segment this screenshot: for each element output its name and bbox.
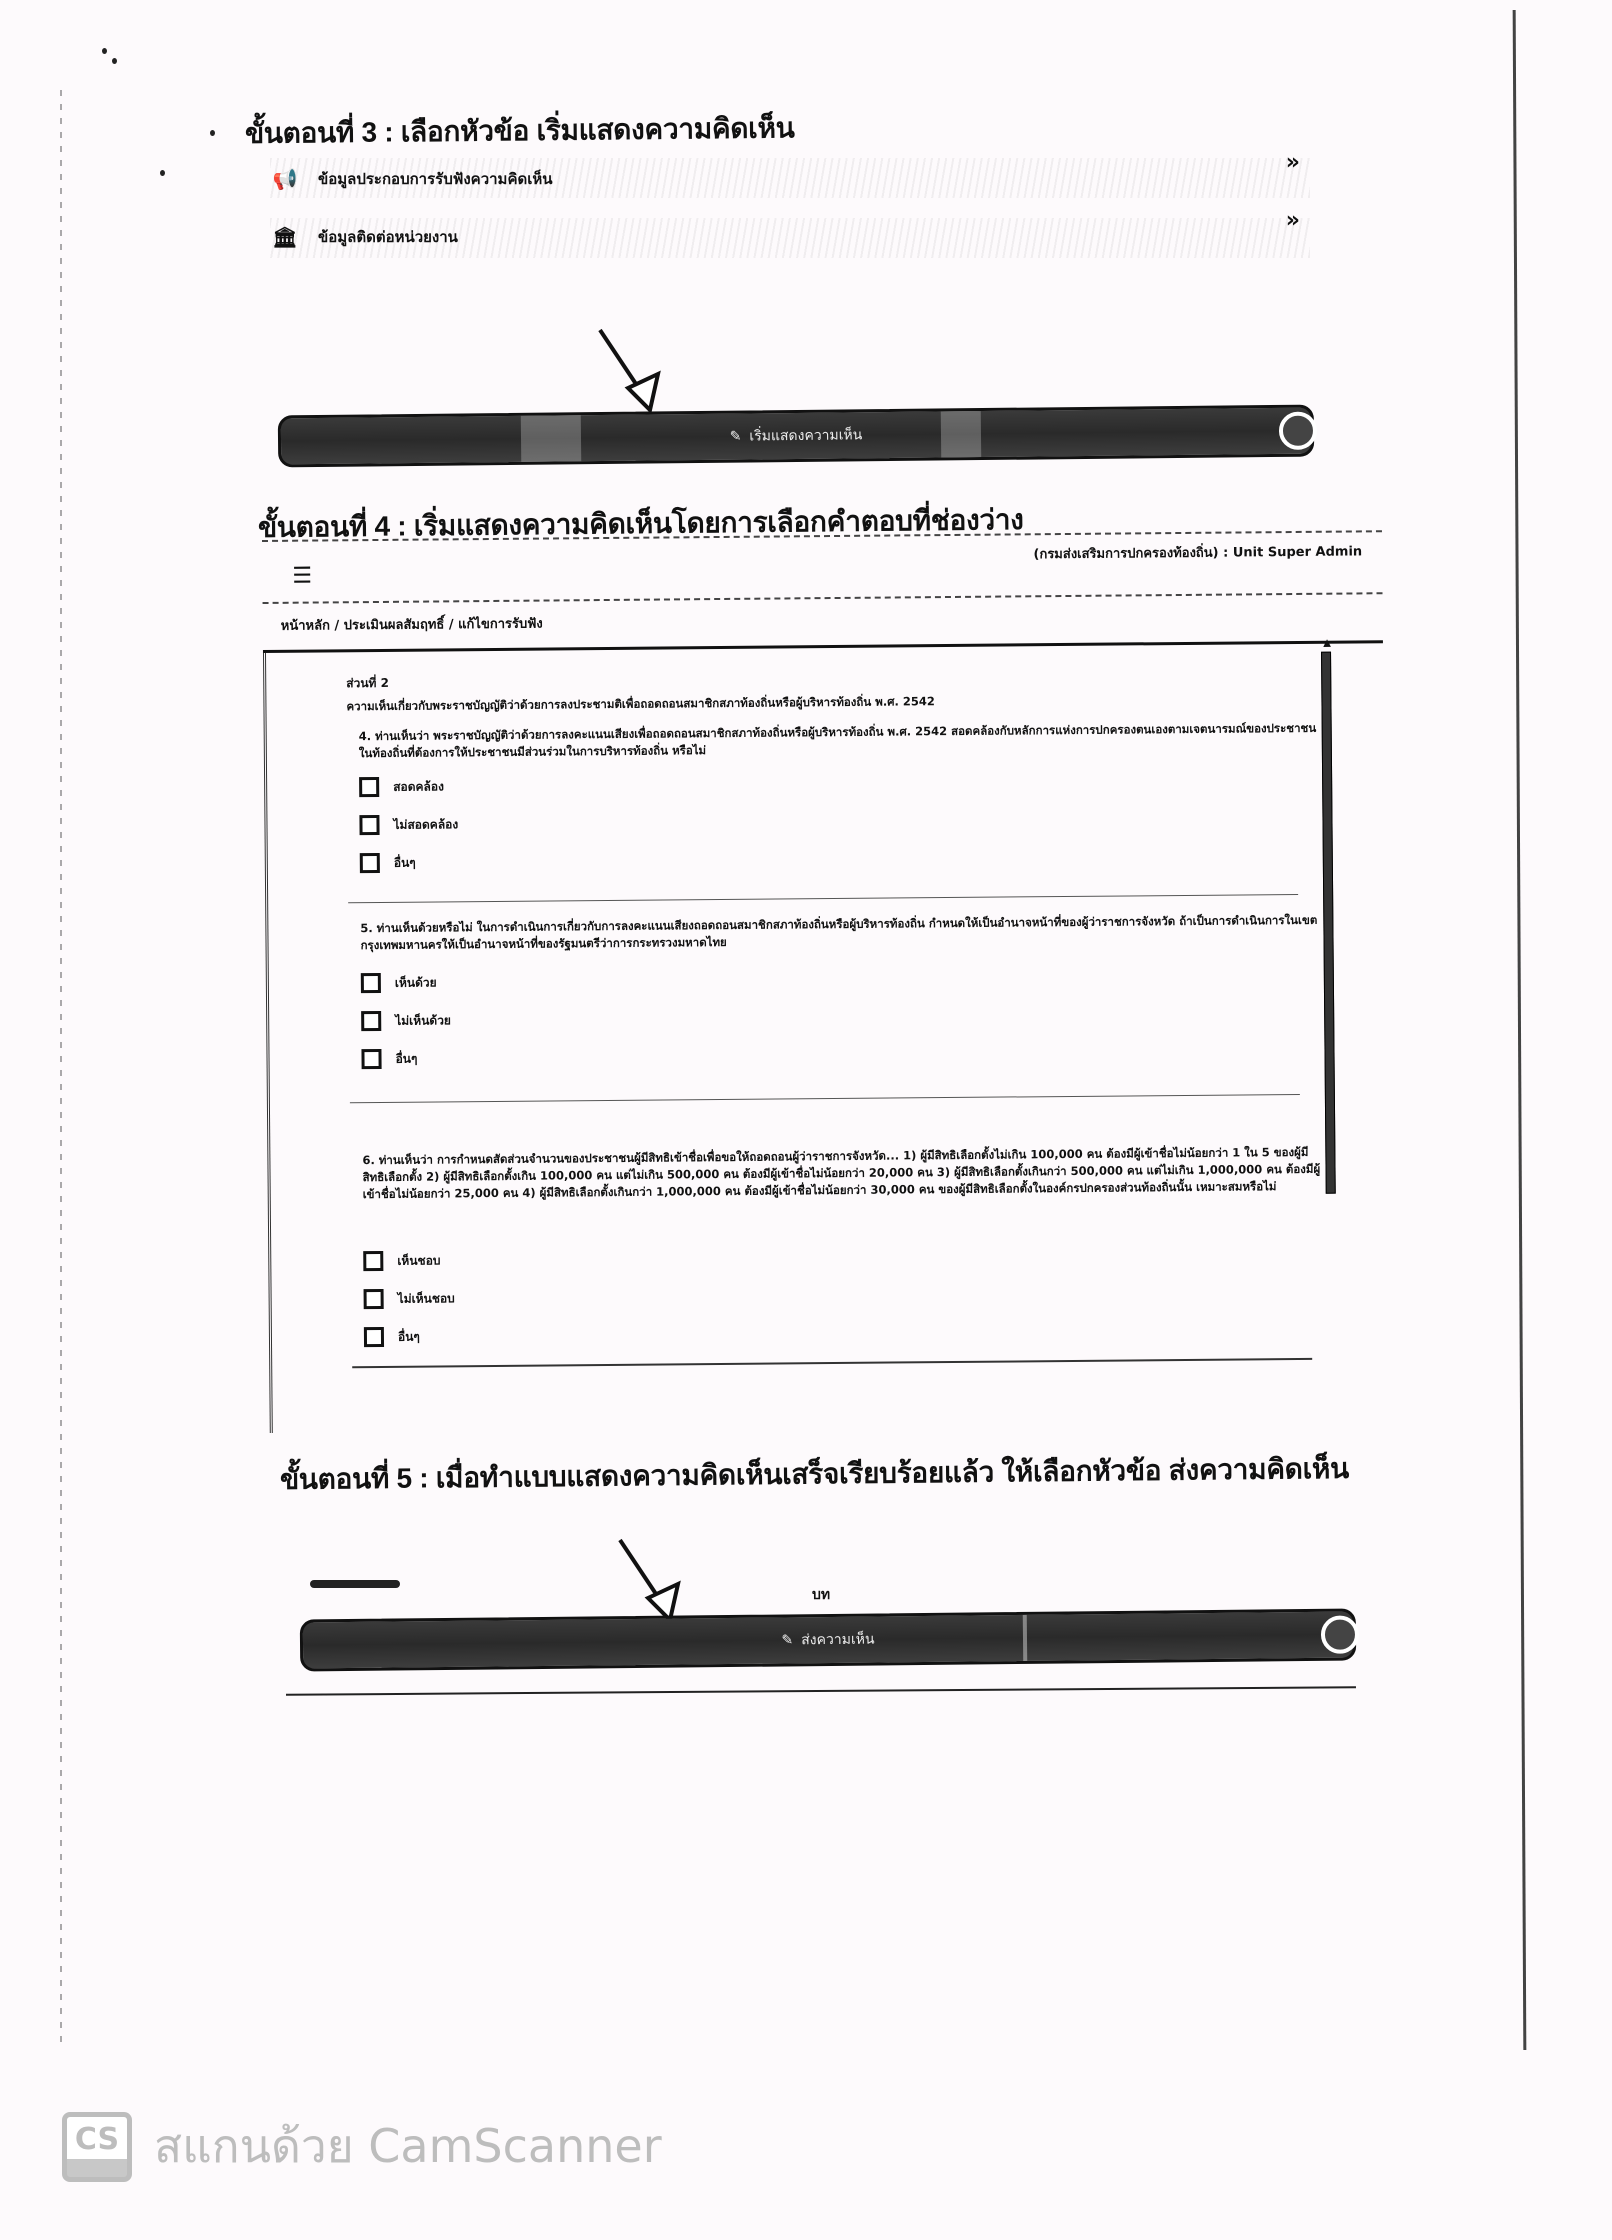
camscanner-logo-icon: CS (62, 2112, 132, 2182)
topic-list: 📢 ข้อมูลประกอบการรับฟังความคิดเห็น » 🏛 ข… (270, 150, 1300, 266)
breadcrumb-separator: / (444, 617, 458, 632)
section-label: ส่วนที่ 2 (346, 674, 389, 693)
chevron-right-icon[interactable]: » (1286, 150, 1300, 175)
scan-speck (160, 170, 165, 176)
question-4: 4. ท่านเห็นว่า พระราชบัญญัติว่าด้วยการลง… (359, 720, 1319, 762)
step3-title: ขั้นตอนที่ 3 : เลือกหัวข้อ เริ่มแสดงความ… (245, 106, 795, 156)
logo-text: CS (75, 2122, 119, 2157)
breadcrumb-current: แก้ไขการรับฟัง (458, 617, 543, 633)
scan-speck (210, 130, 215, 136)
edit-icon: ✎ (730, 429, 742, 445)
checkbox-icon[interactable] (360, 853, 380, 873)
question-5-options: เห็นด้วย ไม่เห็นด้วย อื่นๆ (361, 963, 452, 1078)
option-label: ไม่เห็นด้วย (395, 1011, 451, 1030)
option-label: เห็นด้วย (395, 973, 437, 992)
breadcrumb-home[interactable]: หน้าหลัก (281, 618, 330, 633)
breadcrumb-separator: / (330, 618, 344, 633)
option-checkbox[interactable]: สอดคล้อง (359, 767, 458, 806)
menu-icon[interactable]: ☰ (292, 564, 312, 589)
megaphone-icon: 📢 (270, 167, 300, 191)
scroll-top-icon[interactable] (1321, 1615, 1359, 1653)
scroll-up-icon[interactable]: ▲ (1323, 638, 1331, 649)
checkbox-icon[interactable] (361, 1011, 381, 1031)
form-body: ▲ ส่วนที่ 2 ความเห็นเกี่ยวกับพระราชบัญญั… (263, 643, 1390, 1433)
option-label: อื่นๆ (395, 1049, 417, 1068)
breadcrumb-evaluation[interactable]: ประเมินผลสัมฤทธิ์ (344, 617, 445, 633)
scan-mark (310, 1580, 400, 1588)
chevron-right-icon[interactable]: » (1286, 208, 1300, 233)
checkbox-icon[interactable] (359, 777, 379, 797)
option-checkbox[interactable]: ไม่เห็นชอบ (363, 1279, 454, 1318)
scroll-top-icon[interactable] (1279, 412, 1317, 450)
topic-label: ข้อมูลติดต่อหน่วยงาน (318, 225, 458, 249)
divider (352, 1358, 1312, 1368)
divider (286, 1686, 1356, 1695)
edit-icon: ✎ (781, 1632, 793, 1648)
scan-streak (521, 415, 581, 462)
scan-speck (102, 48, 107, 54)
checkbox-icon[interactable] (359, 815, 379, 835)
step5-title: ขั้นตอนที่ 5 : เมื่อทำแบบแสดงความคิดเห็น… (280, 1447, 1349, 1502)
option-checkbox[interactable]: ไม่สอดคล้อง (359, 805, 458, 844)
small-label: บท (812, 1584, 830, 1606)
option-label: สอดคล้อง (393, 777, 444, 796)
checkbox-icon[interactable] (361, 973, 381, 993)
option-label: ไม่สอดคล้อง (393, 815, 458, 835)
option-checkbox[interactable]: ไม่เห็นด้วย (361, 1001, 451, 1040)
scan-speck (112, 58, 117, 64)
option-checkbox[interactable]: เห็นด้วย (361, 963, 451, 1002)
app-screenshot: ☰ (กรมส่งเสริมการปกครองท้องถิ่น) : Unit … (262, 530, 1390, 1440)
question-6-options: เห็นชอบ ไม่เห็นชอบ อื่นๆ (363, 1241, 455, 1356)
paper-edge-right (1513, 10, 1527, 2050)
section-description: ความเห็นเกี่ยวกับพระราชบัญญัติว่าด้วยการ… (346, 690, 1306, 716)
scan-streak (1023, 1615, 1027, 1661)
option-label: ไม่เห็นชอบ (398, 1289, 455, 1308)
start-comment-button[interactable]: ✎ เริ่มแสดงความเห็น (278, 405, 1314, 468)
option-checkbox[interactable]: อื่นๆ (364, 1317, 455, 1356)
scrollbar[interactable] (1321, 652, 1336, 1194)
topic-item-info[interactable]: 📢 ข้อมูลประกอบการรับฟังความคิดเห็น » (270, 150, 1300, 208)
submit-comment-label: ส่งความเห็น (801, 1629, 875, 1652)
submit-comment-button[interactable]: ✎ ส่งความเห็น (300, 1608, 1356, 1671)
topic-item-contact[interactable]: 🏛 ข้อมูลติดต่อหน่วยงาน » (270, 208, 1300, 266)
option-checkbox[interactable]: อื่นๆ (361, 1039, 451, 1078)
start-comment-label: เริ่มแสดงความเห็น (749, 424, 862, 447)
user-label: (กรมส่งเสริมการปกครองท้องถิ่น) : Unit Su… (1033, 540, 1362, 564)
option-checkbox[interactable]: อื่นๆ (360, 843, 459, 882)
checkbox-icon[interactable] (364, 1327, 384, 1347)
question-6: 6. ท่านเห็นว่า การกำหนดสัดส่วนจำนวนของปร… (362, 1144, 1322, 1203)
camscanner-watermark: CS สแกนด้วย CamScanner (62, 2110, 662, 2183)
checkbox-icon[interactable] (364, 1289, 384, 1309)
checkbox-icon[interactable] (363, 1251, 383, 1271)
scan-streak (941, 411, 981, 457)
divider (350, 1094, 1300, 1103)
option-label: อื่นๆ (398, 1327, 420, 1346)
question-5: 5. ท่านเห็นด้วยหรือไม่ ในการดำเนินการเกี… (360, 912, 1320, 954)
option-label: อื่นๆ (394, 853, 416, 872)
topic-label: ข้อมูลประกอบการรับฟังความคิดเห็น (318, 167, 553, 191)
app-header: ☰ (กรมส่งเสริมการปกครองท้องถิ่น) : Unit … (262, 530, 1383, 604)
checkbox-icon[interactable] (361, 1049, 381, 1069)
option-label: เห็นชอบ (397, 1251, 440, 1270)
watermark-text: สแกนด้วย CamScanner (154, 2110, 662, 2183)
building-icon: 🏛 (270, 225, 300, 249)
divider (348, 894, 1298, 903)
option-checkbox[interactable]: เห็นชอบ (363, 1241, 454, 1280)
paper-edge-left (60, 90, 62, 2050)
question-4-options: สอดคล้อง ไม่สอดคล้อง อื่นๆ (359, 767, 459, 882)
